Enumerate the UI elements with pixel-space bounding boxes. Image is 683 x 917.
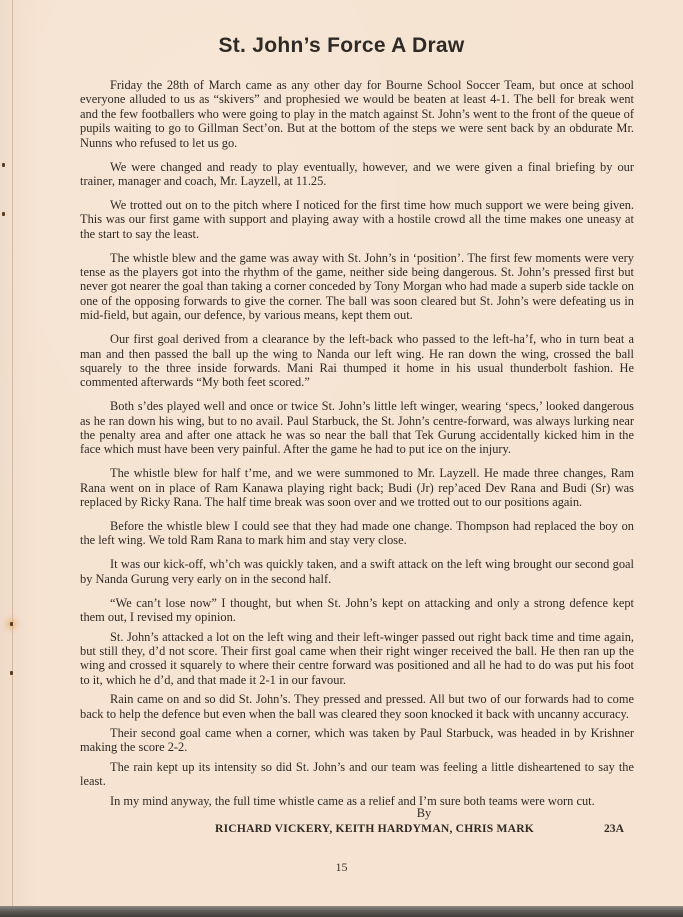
binding-staple-mark [2, 163, 5, 167]
spine-fold-line [12, 0, 13, 908]
byline-authors: RICHARD VICKERY, KEITH HARDYMAN, CHRIS M… [215, 822, 534, 835]
article-paragraph: Rain came on and so did St. John’s. They… [80, 692, 634, 721]
article-paragraph: “We can’t lose now” I thought, but when … [80, 596, 634, 625]
binding-staple-mark [2, 212, 5, 216]
byline-form-class: 23A [604, 822, 624, 835]
page-number: 15 [0, 860, 683, 875]
article-paragraph: We trotted out on to the pitch where I n… [80, 198, 634, 241]
article-paragraph: Our first goal derived from a clearance … [80, 332, 634, 390]
article-paragraph: We were changed and ready to play eventu… [80, 160, 634, 189]
article-paragraph: Both s’des played well and once or twice… [80, 399, 634, 457]
binding-staple-mark [10, 622, 13, 626]
article-paragraph: The whistle blew and the game was away w… [80, 251, 634, 323]
article-title: St. John’s Force A Draw [0, 34, 683, 58]
article-paragraph: Before the whistle blew I could see that… [80, 519, 634, 548]
magazine-page: St. John’s Force A Draw Friday the 28th … [0, 0, 683, 908]
article-paragraph: St. John’s attacked a lot on the left wi… [80, 630, 634, 688]
article-paragraph: It was our kick-off, wh’ch was quickly t… [80, 557, 634, 586]
article-paragraph: The whistle blew for half t’me, and we w… [80, 466, 634, 509]
article-paragraph: The rain kept up its intensity so did St… [80, 760, 634, 789]
article-paragraph: Their second goal came when a corner, wh… [80, 726, 634, 755]
page-edge-shadow [0, 906, 683, 917]
article-paragraph: Friday the 28th of March came as any oth… [80, 78, 634, 150]
byline-by: By [0, 806, 683, 821]
article-body: Friday the 28th of March came as any oth… [80, 78, 634, 813]
binding-staple-mark [10, 671, 13, 675]
